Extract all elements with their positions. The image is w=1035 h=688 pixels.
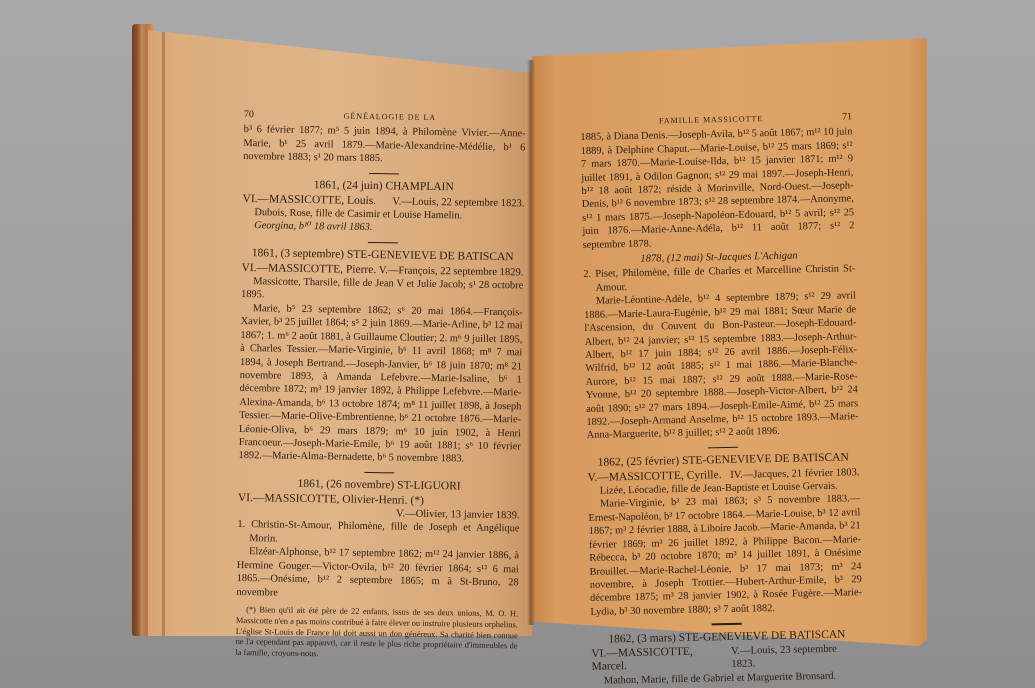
left-running-title: GÉNÉALOGIE DE LA [344, 110, 437, 125]
section-divider [712, 623, 742, 625]
left-page-number: 70 [244, 108, 254, 122]
right-page-number: 71 [842, 110, 852, 124]
photo-scene: 70 GÉNÉALOGIE DE LA b³ 6 février 1877; m… [0, 0, 1035, 688]
section-divider [369, 173, 399, 175]
section-divider [708, 447, 738, 449]
children-list: Elzéar-Alphonse, b¹² 17 septembre 1862; … [236, 545, 519, 603]
right-opening-text: 1885, à Diana Denis.—Joseph-Avila, b¹² 5… [580, 126, 854, 252]
section-divider [368, 242, 398, 244]
right-page-text: FAMILLE MASSICOTTE 71 1885, à Diana Deni… [580, 110, 864, 688]
section-divider [364, 472, 394, 474]
children-list: Marie-Virginie, b³ 23 mai 1863; s³ 5 nov… [588, 493, 862, 619]
right-running-title: FAMILLE MASSICOTTE [659, 112, 764, 128]
children-list: Marie-Léontine-Adèle, b¹² 4 septembre 18… [584, 290, 859, 443]
left-opening-text: b³ 6 février 1877; m⁵ 5 juin 1894, à Phi… [243, 123, 526, 168]
footnote: (*) Bien qu'il ait été père de 22 enfant… [235, 605, 518, 663]
left-page-text: 70 GÉNÉALOGIE DE LA b³ 6 février 1877; m… [235, 108, 526, 672]
generation-name: VI.—MASSICOTTE, Marcel. [591, 645, 731, 675]
book-gutter [527, 60, 535, 625]
children-list: Marie, b⁵ 23 septembre 1862; s⁶ 20 mai 1… [238, 302, 522, 467]
generation-parent: IV.—Jacques, 21 février 1803. [730, 466, 860, 482]
generation-parent: V.—Louis, 23 septembre 1823. [731, 642, 864, 672]
